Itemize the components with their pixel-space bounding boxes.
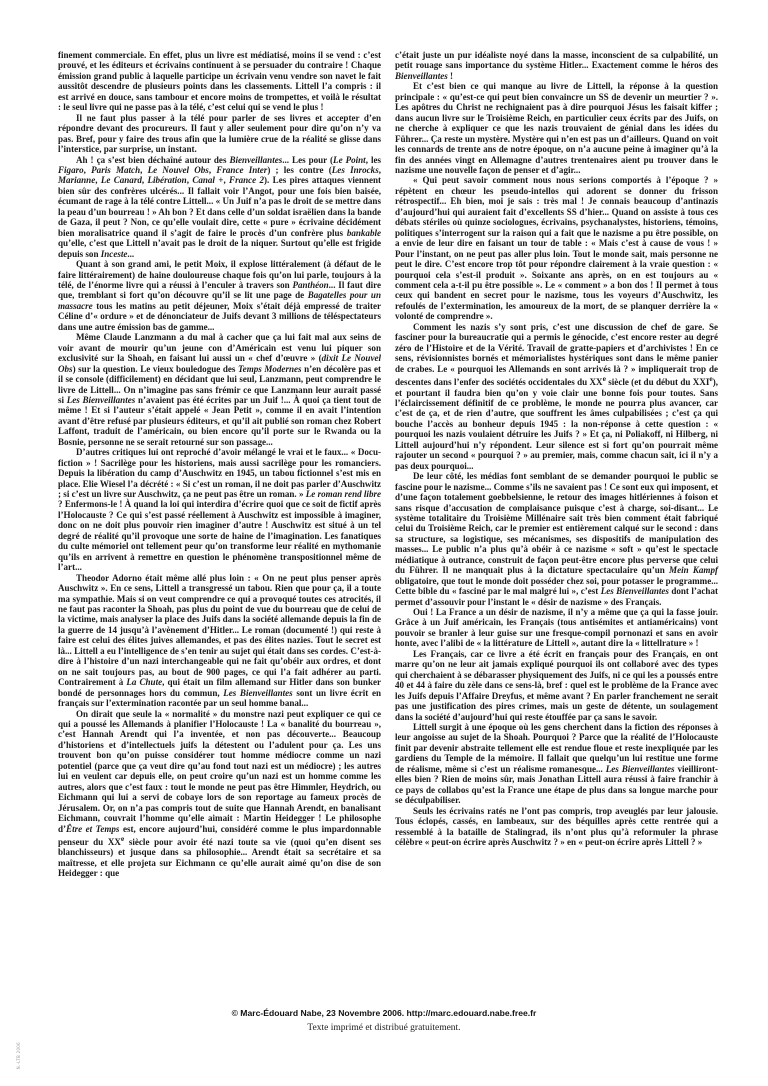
- paragraph: Même Claude Lanzmann a du mal à cacher q…: [58, 332, 381, 447]
- paragraph: Theodor Adorno était même allé plus loin…: [58, 573, 381, 709]
- paragraph: Les Français, car ce livre a été écrit e…: [395, 649, 718, 722]
- paragraph: Littell surgit à une époque où les gens …: [395, 722, 718, 806]
- paragraph: Et c’est bien ce qui manque au livre de …: [395, 81, 718, 175]
- paragraph: « Qui peut savoir comment nous nous seri…: [395, 175, 718, 321]
- paragraph: Seuls les écrivains ratés ne l’ont pas c…: [395, 806, 718, 848]
- two-column-body: finement commerciale. En effet, plus un …: [58, 50, 718, 879]
- paragraph: finement commerciale. En effet, plus un …: [58, 50, 381, 113]
- paragraph: De leur côté, les médias font semblant d…: [395, 471, 718, 607]
- paragraph: Ah ! ça s’est bien déchaîné autour des B…: [58, 155, 381, 260]
- paragraph: On dirait que seule la « normalité » du …: [58, 709, 381, 879]
- paragraph: D’autres critiques lui ont reproché d’av…: [58, 447, 381, 572]
- paragraph: c’était juste un pur idéaliste noyé dans…: [395, 50, 718, 81]
- left-column: finement commerciale. En effet, plus un …: [58, 50, 381, 879]
- paragraph: Comment les nazis s’y sont pris, c’est u…: [395, 322, 718, 471]
- paragraph: Il ne faut plus passer à la télé pour pa…: [58, 113, 381, 155]
- paragraph: Oui ! La France a un désir de nazisme, i…: [395, 607, 718, 649]
- right-column: c’était juste un pur idéaliste noyé dans…: [395, 50, 718, 879]
- paragraph: Quant à son grand ami, le petit Moix, il…: [58, 259, 381, 332]
- margin-print-code: N.-LTB 2006: [16, 1042, 21, 1069]
- distribution-note: Texte imprimé et distribué gratuitement.: [0, 1023, 768, 1033]
- copyright-line: © Marc-Édouard Nabe, 23 Novembre 2006. h…: [0, 1008, 768, 1018]
- article-page: finement commerciale. En effet, plus un …: [58, 50, 718, 879]
- page-footer: © Marc-Édouard Nabe, 23 Novembre 2006. h…: [0, 1008, 768, 1033]
